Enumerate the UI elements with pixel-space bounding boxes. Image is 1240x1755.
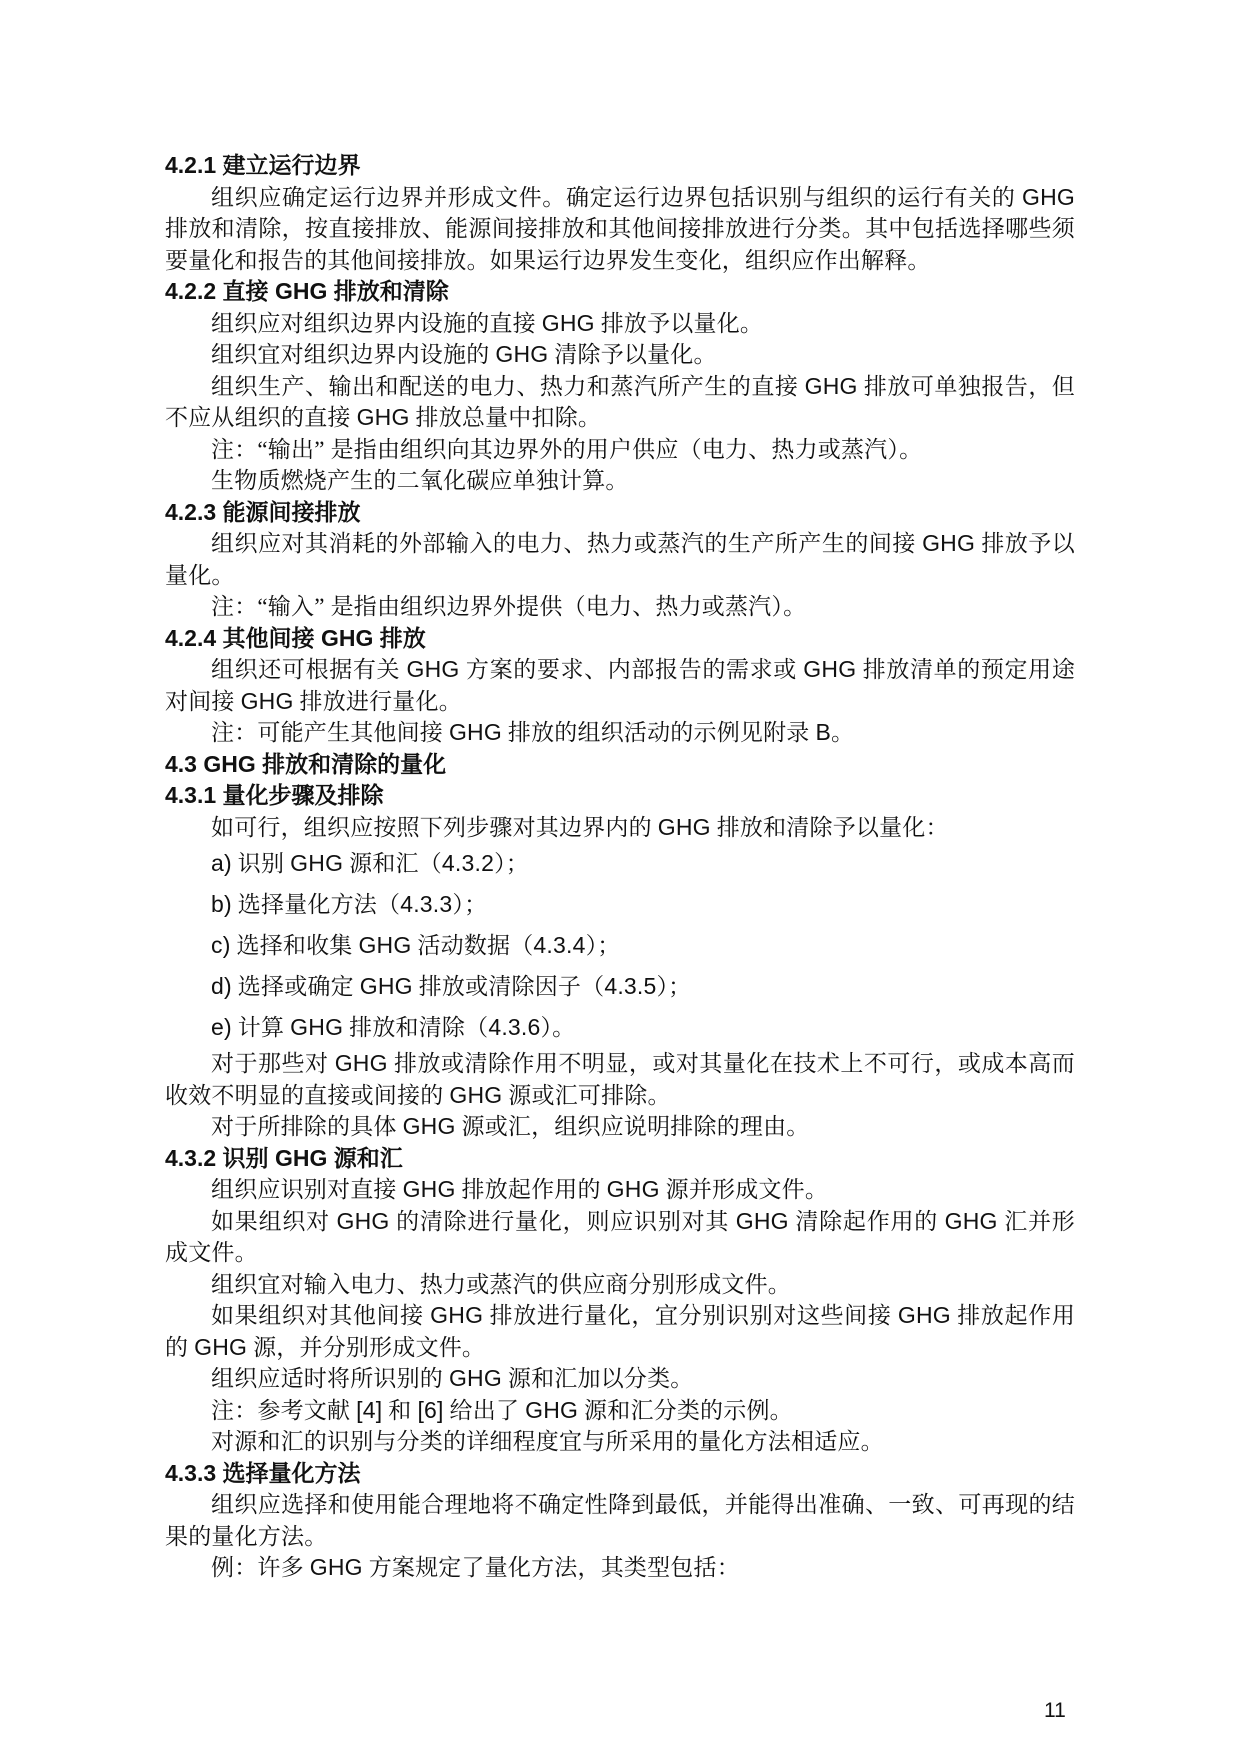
heading-4-3-3: 4.3.3 选择量化方法 <box>165 1458 1075 1490</box>
paragraph: 对源和汇的识别与分类的详细程度宜与所采用的量化方法相适应。 <box>165 1426 1075 1458</box>
list-item-c: c) 选择和收集 GHG 活动数据（4.3.4）； <box>211 925 1075 966</box>
paragraph: 例：许多 GHG 方案规定了量化方法，其类型包括： <box>165 1552 1075 1584</box>
heading-4-2-3: 4.2.3 能源间接排放 <box>165 497 1075 529</box>
paragraph: 组织应识别对直接 GHG 排放起作用的 GHG 源并形成文件。 <box>165 1174 1075 1206</box>
paragraph: 组织应对组织边界内设施的直接 GHG 排放予以量化。 <box>165 308 1075 340</box>
note-paragraph: 注：可能产生其他间接 GHG 排放的组织活动的示例见附录 B。 <box>165 717 1075 749</box>
paragraph: 组织应对其消耗的外部输入的电力、热力或蒸汽的生产所产生的间接 GHG 排放予以量… <box>165 528 1075 591</box>
paragraph: 如果组织对 GHG 的清除进行量化，则应识别对其 GHG 清除起作用的 GHG … <box>165 1206 1075 1269</box>
paragraph: 如果组织对其他间接 GHG 排放进行量化，宜分别识别对这些间接 GHG 排放起作… <box>165 1300 1075 1363</box>
document-page: 4.2.1 建立运行边界 组织应确定运行边界并形成文件。确定运行边界包括识别与组… <box>0 0 1240 1755</box>
paragraph: 生物质燃烧产生的二氧化碳应单独计算。 <box>165 465 1075 497</box>
paragraph: 如可行，组织应按照下列步骤对其边界内的 GHG 排放和清除予以量化： <box>165 812 1075 844</box>
heading-4-3-1: 4.3.1 量化步骤及排除 <box>165 780 1075 812</box>
heading-4-3: 4.3 GHG 排放和清除的量化 <box>165 749 1075 781</box>
paragraph: 组织还可根据有关 GHG 方案的要求、内部报告的需求或 GHG 排放清单的预定用… <box>165 654 1075 717</box>
paragraph: 对于那些对 GHG 排放或清除作用不明显，或对其量化在技术上不可行，或成本高而收… <box>165 1048 1075 1111</box>
note-paragraph: 注：“输出” 是指由组织向其边界外的用户供应（电力、热力或蒸汽）。 <box>165 434 1075 466</box>
heading-4-2-1: 4.2.1 建立运行边界 <box>165 150 1075 182</box>
paragraph: 对于所排除的具体 GHG 源或汇，组织应说明排除的理由。 <box>165 1111 1075 1143</box>
list-item-a: a) 识别 GHG 源和汇（4.3.2）； <box>211 843 1075 884</box>
list-item-b: b) 选择量化方法（4.3.3）； <box>211 884 1075 925</box>
heading-4-3-2: 4.3.2 识别 GHG 源和汇 <box>165 1143 1075 1175</box>
note-paragraph: 注：参考文献 [4] 和 [6] 给出了 GHG 源和汇分类的示例。 <box>165 1395 1075 1427</box>
heading-4-2-2: 4.2.2 直接 GHG 排放和清除 <box>165 276 1075 308</box>
note-paragraph: 注：“输入” 是指由组织边界外提供（电力、热力或蒸汽）。 <box>165 591 1075 623</box>
paragraph: 组织宜对输入电力、热力或蒸汽的供应商分别形成文件。 <box>165 1269 1075 1301</box>
paragraph: 组织应选择和使用能合理地将不确定性降到最低，并能得出准确、一致、可再现的结果的量… <box>165 1489 1075 1552</box>
paragraph: 组织宜对组织边界内设施的 GHG 清除予以量化。 <box>165 339 1075 371</box>
heading-4-2-4: 4.2.4 其他间接 GHG 排放 <box>165 623 1075 655</box>
paragraph: 组织生产、输出和配送的电力、热力和蒸汽所产生的直接 GHG 排放可单独报告，但不… <box>165 371 1075 434</box>
list-item-d: d) 选择或确定 GHG 排放或清除因子（4.3.5）； <box>211 966 1075 1007</box>
list-item-e: e) 计算 GHG 排放和清除（4.3.6）。 <box>211 1007 1075 1048</box>
document-body: 4.2.1 建立运行边界 组织应确定运行边界并形成文件。确定运行边界包括识别与组… <box>165 150 1075 1584</box>
paragraph: 组织应确定运行边界并形成文件。确定运行边界包括识别与组织的运行有关的 GHG 排… <box>165 182 1075 277</box>
page-number: 11 <box>1044 1698 1066 1723</box>
paragraph: 组织应适时将所识别的 GHG 源和汇加以分类。 <box>165 1363 1075 1395</box>
